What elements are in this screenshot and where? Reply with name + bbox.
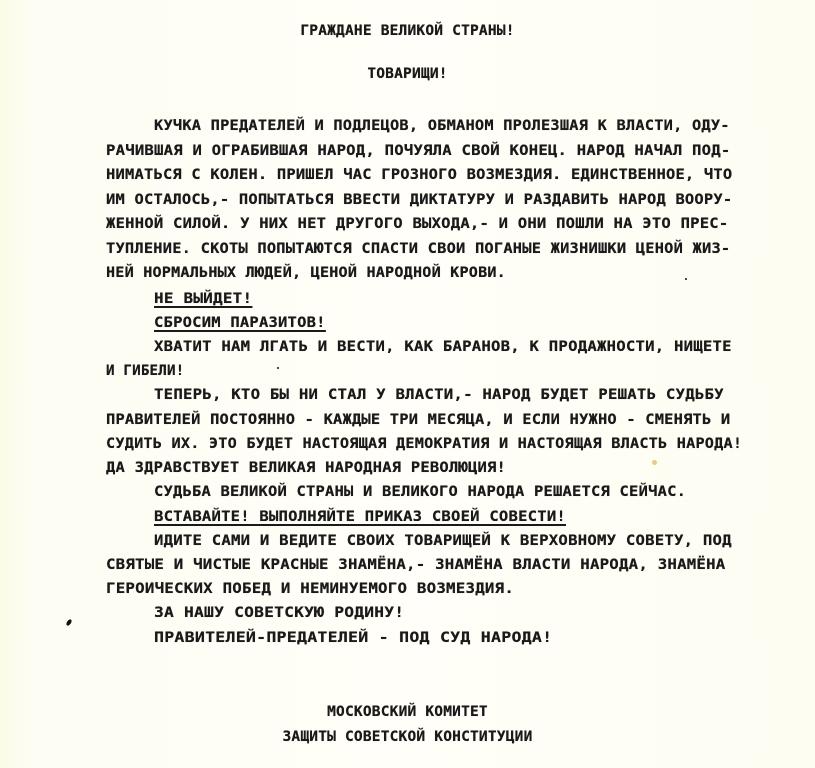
typewritten-leaflet: ГРАЖДАНЕ ВЕЛИКОЙ СТРАНЫ! ТОВАРИЩИ! КУЧКА… [0,0,815,768]
paragraph1-line5: ЖЕННОЙ СИЛОЙ. У НИХ НЕТ ДРУГОГО ВЫХОДА,-… [106,215,728,233]
slogan-sbrosim-parazitov: СБРОСИМ ПАРАЗИТОВ! [154,314,326,332]
ink-blot [65,618,72,626]
paragraph3-line4: ДА ЗДРАВСТВУЕТ ВЕЛИКАЯ НАРОДНАЯ РЕВОЛЮЦИ… [106,459,506,477]
paragraph3-line1: ТЕПЕРЬ, КТО БЫ НИ СТАЛ У ВЛАСТИ,- НАРОД … [154,386,724,404]
paragraph1-line3: НИМАТЬСЯ С КОЛЕН. ПРИШЕЛ ЧАС ГРОЗНОГО ВО… [106,166,732,184]
paragraph4: СУДЬБА ВЕЛИКОЙ СТРАНЫ И ВЕЛИКОГО НАРОДА … [154,483,686,501]
paragraph3-line3: СУДИТЬ ИХ. ЭТО БУДЕТ НАСТОЯЩАЯ ДЕМОКРАТИ… [106,435,742,453]
slogan-za-nashu-rodinu: ЗА НАШУ СОВЕТСКУЮ РОДИНУ! [154,604,404,622]
stain-speck [652,460,657,465]
paragraph1-line1: КУЧКА ПРЕДАТЕЛЕЙ И ПОДЛЕЦОВ, ОБМАНОМ ПРО… [154,117,730,135]
paragraph2-line1: ХВАТИТ НАМ ЛГАТЬ И ВЕСТИ, КАК БАРАНОВ, К… [154,338,732,356]
paragraph5-line2: СВЯТЫЕ И ЧИСТЫЕ КРАСНЫЕ ЗНАМЁНА,- ЗНАМЁН… [106,556,725,574]
ink-speck [277,367,279,369]
paragraph5-line1: ИДИТЕ САМИ И ВЕДИТЕ СВОИХ ТОВАРИЩЕЙ К ВЕ… [154,532,732,550]
paragraph3-line2: ПРАВИТЕЛЕЙ ПОСТОЯННО - КАЖДЫЕ ТРИ МЕСЯЦА… [106,411,730,429]
paragraph1-line6: ТУПЛЕНИЕ. СКОТЫ ПОПЫТАЮТСЯ СПАСТИ СВОИ П… [106,240,730,258]
paragraph1-line4: ИМ ОСТАЛОСЬ,- ПОПЫТАТЬСЯ ВВЕСТИ ДИКТАТУР… [106,191,732,209]
ink-speck [685,278,687,280]
slogan-ne-vyidet: НЕ ВЫЙДЕТ! [154,290,252,308]
slogan-vstavaite: ВСТАВАЙТЕ! ВЫПОЛНЯЙТЕ ПРИКАЗ СВОЕЙ СОВЕС… [154,508,566,526]
signature-line2: ЗАЩИТЫ СОВЕТСКОЙ КОНСТИТУЦИИ [0,728,815,746]
paragraph2-line2: И ГИБЕЛИ! [106,362,184,380]
paragraph1-line2: РАЧИВШАЯ И ОГРАБИВШАЯ НАРОД, ПОЧУЯЛА СВО… [106,142,730,160]
slogan-pod-sud-naroda: ПРАВИТЕЛЕЙ-ПРЕДАТЕЛЕЙ - ПОД СУД НАРОДА! [154,629,552,647]
salutation: ТОВАРИЩИ! [0,65,815,83]
paragraph1-line7: НЕЙ НОРМАЛЬНЫХ ЛЮДЕЙ, ЦЕНОЙ НАРОДНОЙ КРО… [106,264,506,282]
heading: ГРАЖДАНЕ ВЕЛИКОЙ СТРАНЫ! [0,22,815,40]
signature-line1: МОСКОВСКИЙ КОМИТЕТ [0,703,815,721]
paragraph5-line3: ГЕРОИЧЕСКИХ ПОБЕД И НЕМИНУЕМОГО ВОЗМЕЗДИ… [106,580,514,598]
